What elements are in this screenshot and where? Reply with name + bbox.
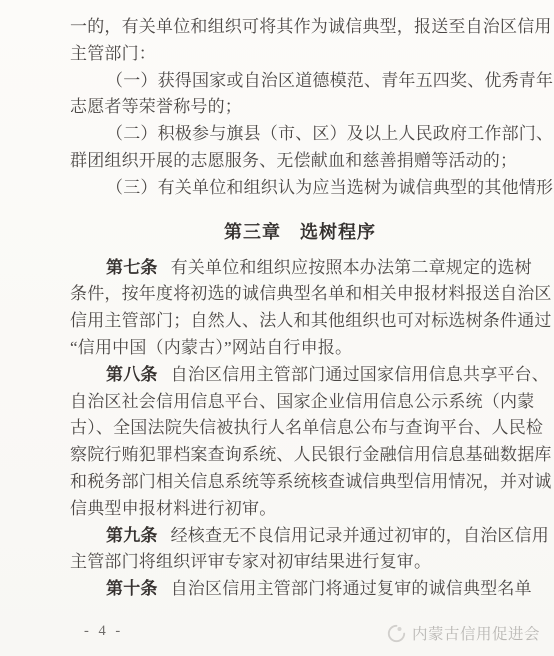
line-text: 信典型申报材料进行初审。	[70, 499, 276, 518]
line-text: 古）、全国法院失信被执行人名单信息公布与查询平台、人民检	[70, 418, 543, 437]
text-line: 第十条自治区信用主管部门将通过复审的诚信典型名单	[70, 576, 530, 603]
document-body: 一的，有关单位和组织可将其作为诚信典型，报送至自治区信用主管部门：（一）获得国家…	[0, 0, 554, 603]
line-text: 信用主管部门；自然人、法人和其他组织也可对标选树条件通过	[70, 311, 552, 330]
watermark-logo-icon	[386, 623, 407, 644]
text-line: （一）获得国家或自治区道德模范、青年五四奖、优秀青年	[70, 68, 530, 95]
text-line: 志愿者等荣誉称号的；	[70, 94, 530, 121]
line-text: （一）获得国家或自治区道德模范、青年五四奖、优秀青年	[106, 71, 553, 90]
page-number: - 4 -	[84, 623, 123, 640]
text-line: 信典型申报材料进行初审。	[70, 496, 530, 523]
line-text: （二）积极参与旗县（市、区）及以上人民政府工作部门、	[106, 124, 553, 143]
line-text: 和税务部门相关信息系统等系统核查诚信典型信用情况，并对诚	[70, 472, 552, 491]
watermark: 内蒙古信用促进会	[386, 622, 540, 644]
text-line: 第九条经核查无不良信用记录并通过初审的，自治区信用	[70, 523, 530, 550]
line-text: 条件，按年度将初选的诚信典型名单和相关申报材料报送自治区	[70, 284, 552, 303]
text-line: 信用主管部门；自然人、法人和其他组织也可对标选树条件通过	[70, 308, 530, 335]
text-line: 条件，按年度将初选的诚信典型名单和相关申报材料报送自治区	[70, 281, 530, 308]
text-line: 和税务部门相关信息系统等系统核查诚信典型信用情况，并对诚	[70, 469, 530, 496]
article-number: 第九条	[106, 526, 158, 545]
scanned-document-page: 一的，有关单位和组织可将其作为诚信典型，报送至自治区信用主管部门：（一）获得国家…	[0, 0, 554, 656]
line-text: 自治区信用主管部门通过国家信用信息共享平台、	[171, 365, 549, 384]
line-text: 察院行贿犯罪档案查询系统、人民银行金融信用信息基础数据库	[70, 445, 552, 464]
text-line: 主管部门：	[70, 41, 530, 68]
line-text: 第三章 选树程序	[224, 222, 376, 242]
line-text: 自治区信用主管部门将通过复审的诚信典型名单	[171, 579, 532, 598]
text-line: 自治区社会信用信息平台、国家企业信用信息公示系统（内蒙	[70, 389, 530, 416]
watermark-text: 内蒙古信用促进会	[412, 622, 540, 644]
text-line: 第七条有关单位和组织应按照本办法第二章规定的选树	[70, 255, 530, 282]
text-line: “信用中国（内蒙古）”网站自行申报。	[70, 335, 530, 362]
text-line: 第八条自治区信用主管部门通过国家信用信息共享平台、	[70, 362, 530, 389]
article-number: 第十条	[106, 579, 158, 598]
text-line: 古）、全国法院失信被执行人名单信息公布与查询平台、人民检	[70, 415, 530, 442]
article-number: 第八条	[106, 365, 158, 384]
line-text: 主管部门：	[70, 44, 156, 63]
text-line: （三）有关单位和组织认为应当选树为诚信典型的其他情形。	[70, 175, 530, 202]
chapter-heading: 第三章 选树程序	[70, 219, 530, 246]
line-text: 主管部门将组织评审专家对初审结果进行复审。	[70, 552, 431, 571]
line-text: 自治区社会信用信息平台、国家企业信用信息公示系统（内蒙	[70, 392, 534, 411]
line-text: “信用中国（内蒙古）”网站自行申报。	[70, 338, 352, 357]
text-line: 察院行贿犯罪档案查询系统、人民银行金融信用信息基础数据库	[70, 442, 530, 469]
line-text: 一的，有关单位和组织可将其作为诚信典型，报送至自治区信用	[70, 17, 552, 36]
line-text: 群团组织开展的志愿服务、无偿献血和慈善捐赠等活动的；	[70, 151, 517, 170]
line-text: 有关单位和组织应按照本办法第二章规定的选树	[171, 258, 532, 277]
line-text: 志愿者等荣誉称号的；	[70, 97, 242, 116]
line-text: 经核查无不良信用记录并通过初审的，自治区信用	[171, 526, 549, 545]
line-text: （三）有关单位和组织认为应当选树为诚信典型的其他情形。	[106, 178, 554, 197]
text-line: 一的，有关单位和组织可将其作为诚信典型，报送至自治区信用	[70, 14, 530, 41]
text-line: 主管部门将组织评审专家对初审结果进行复审。	[70, 549, 530, 576]
article-number: 第七条	[106, 258, 158, 277]
text-line: 群团组织开展的志愿服务、无偿献血和慈善捐赠等活动的；	[70, 148, 530, 175]
text-line: （二）积极参与旗县（市、区）及以上人民政府工作部门、	[70, 121, 530, 148]
